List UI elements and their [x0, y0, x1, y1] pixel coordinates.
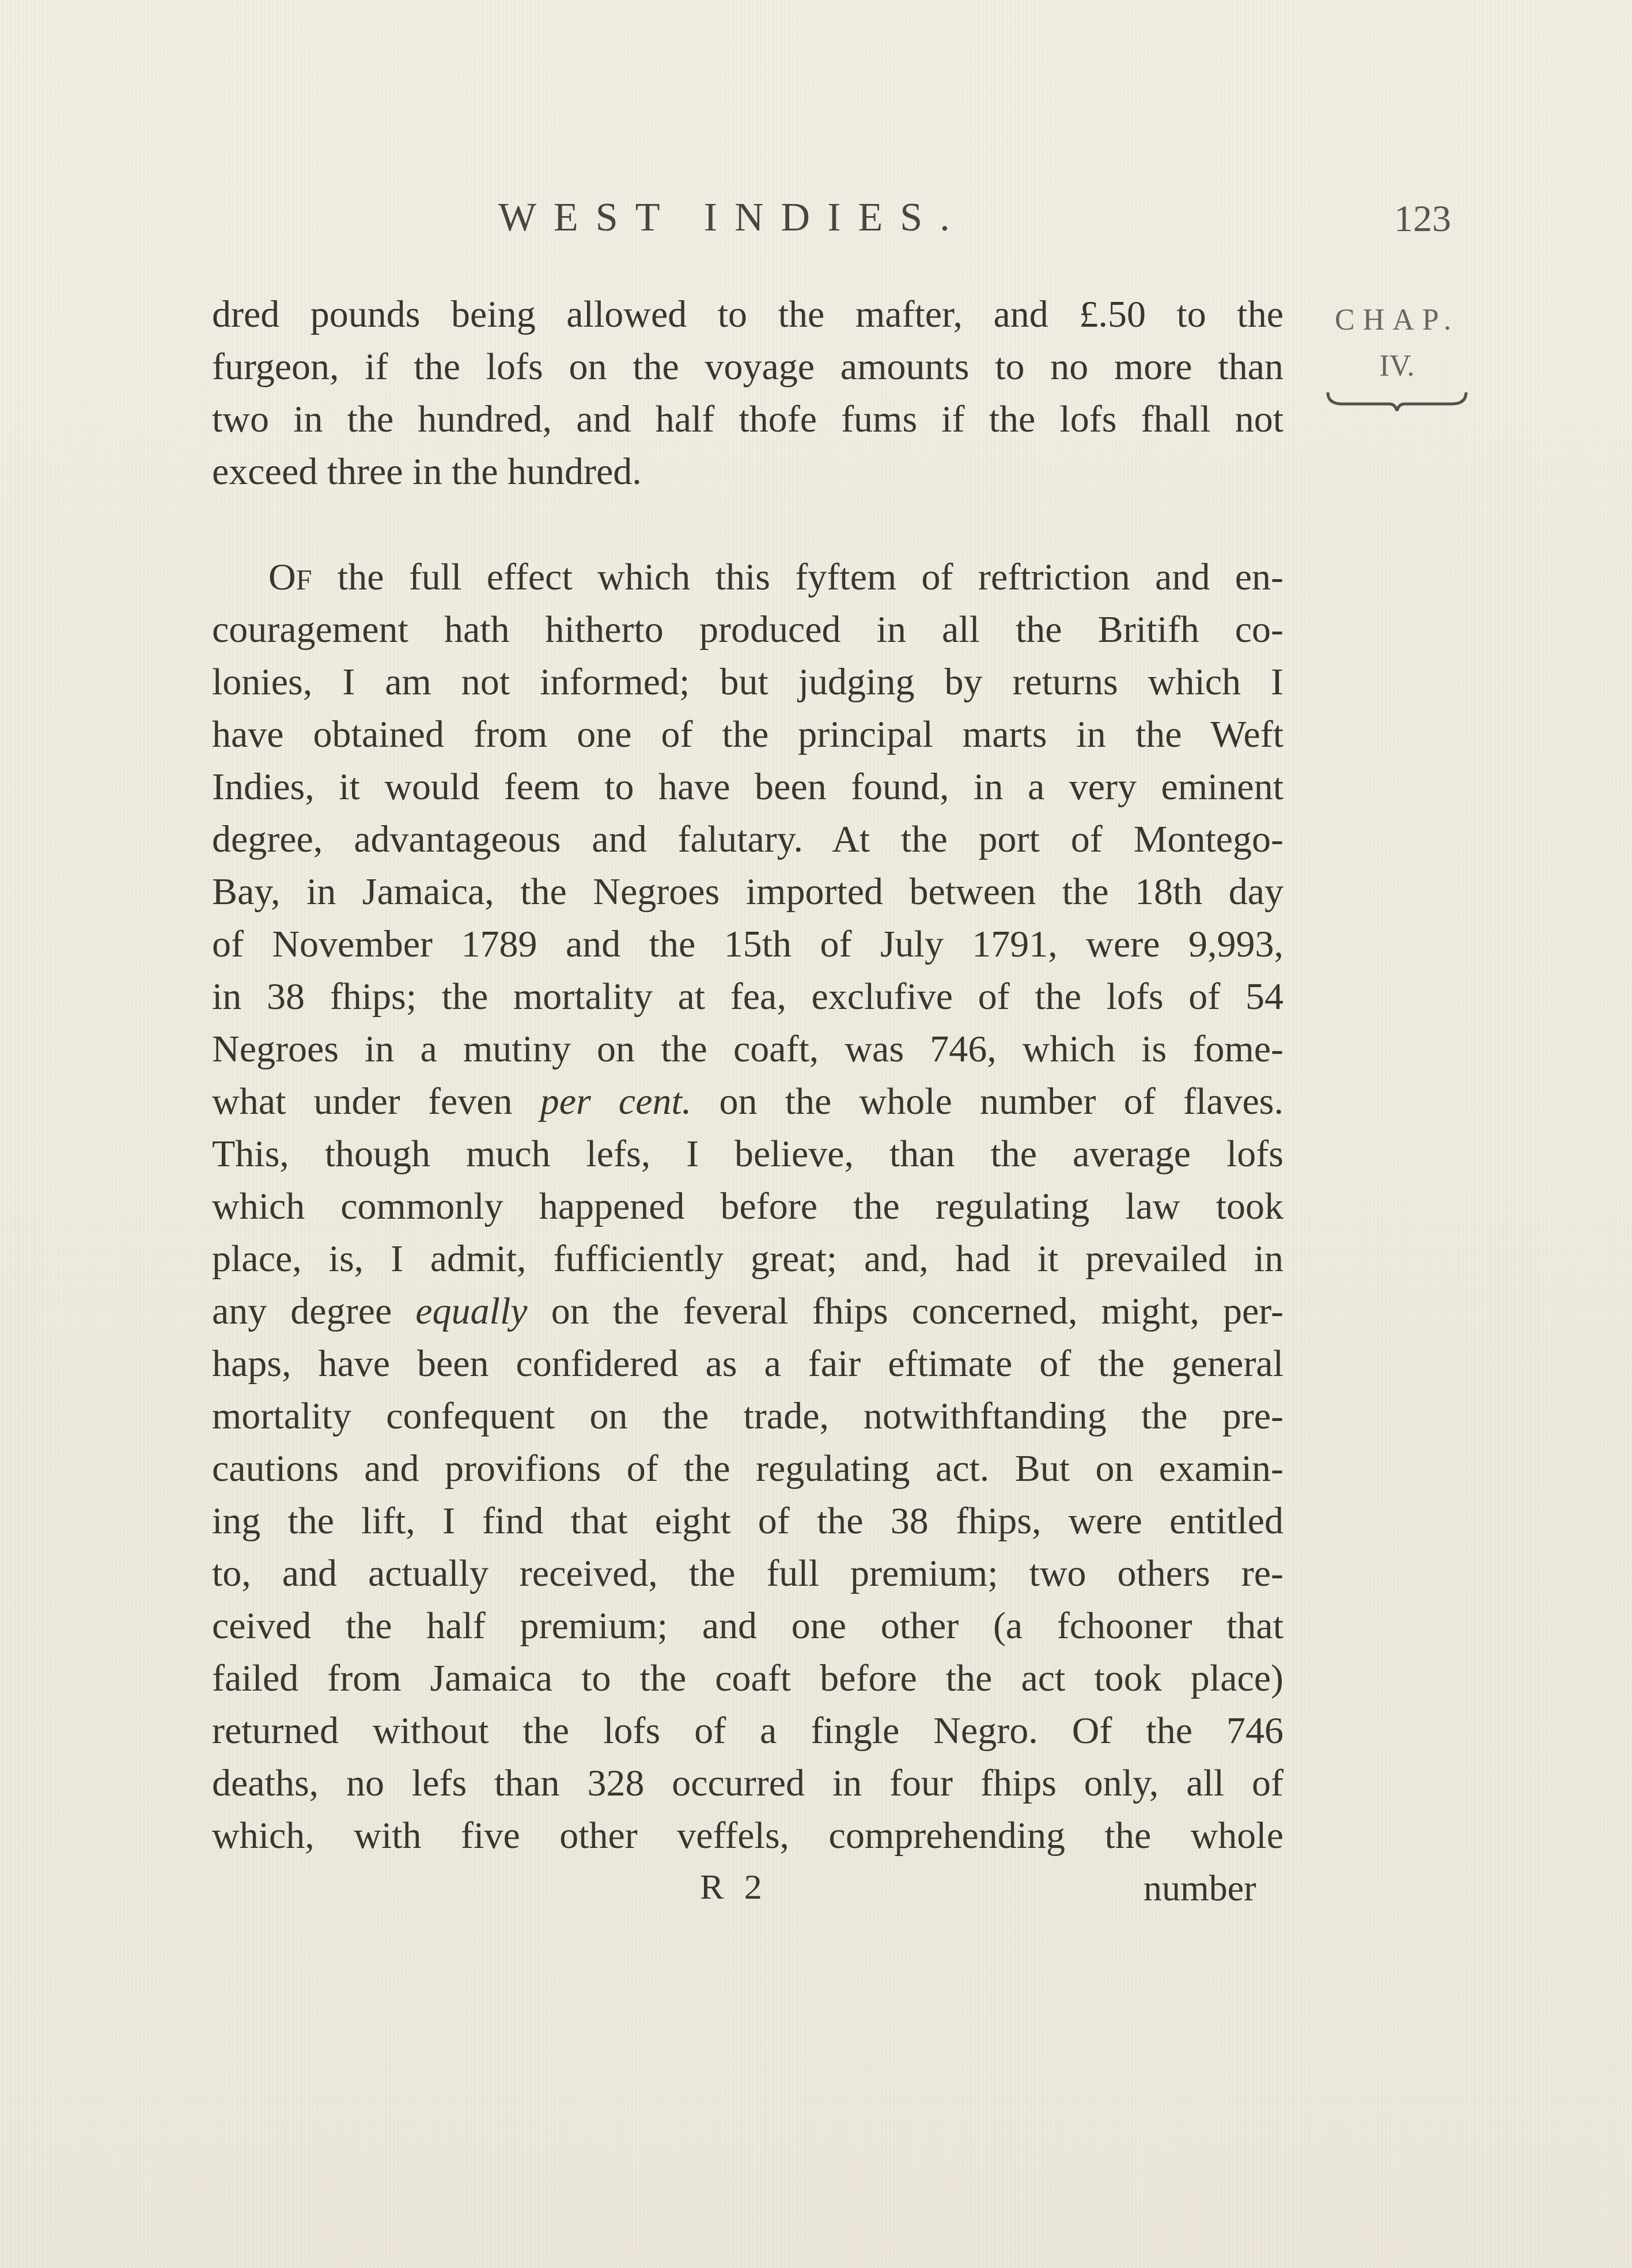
catchword: number [1143, 1867, 1256, 1910]
text-line: OF the full effect which this fyftem of … [212, 551, 1283, 603]
signature-mark: R 2 [700, 1867, 768, 1908]
text-line: mortality confequent on the trade, notwi… [212, 1390, 1283, 1442]
text-line: which commonly happened before the regul… [212, 1180, 1283, 1233]
paragraph-gap [212, 498, 1283, 551]
chapter-number: IV. [1322, 346, 1472, 387]
text-line: failed from Jamaica to the coaft before … [212, 1652, 1283, 1704]
body-text: dred pounds being allowed to the mafter,… [212, 288, 1283, 1862]
text-line: ing the lift, I find that eight of the 3… [212, 1495, 1283, 1547]
text-line: any degree equally on the feveral fhips … [212, 1285, 1283, 1337]
text-line: Bay, in Jamaica, the Negroes imported be… [212, 865, 1283, 918]
text-line: furgeon, if the lofs on the voyage amoun… [212, 341, 1283, 393]
text-line: dred pounds being allowed to the mafter,… [212, 288, 1283, 341]
drop-initial: O [268, 556, 296, 598]
small-caps-letter: F [296, 564, 313, 596]
chapter-label: CHAP. [1322, 294, 1472, 346]
text-line: of November 1789 and the 15th of July 17… [212, 918, 1283, 970]
text-line: haps, have been confidered as a fair eft… [212, 1337, 1283, 1390]
text-line: returned without the lofs of a fingle Ne… [212, 1704, 1283, 1757]
running-head: WEST INDIES. 123 [0, 195, 1632, 241]
text-line: what under feven per cent. on the whole … [212, 1075, 1283, 1128]
book-page: WEST INDIES. 123 CHAP. IV. dred pounds b… [0, 0, 1632, 2268]
text-line: have obtained from one of the principal … [212, 708, 1283, 761]
text-line: which, with five other veffels, comprehe… [212, 1809, 1283, 1862]
text-line: to, and actually received, the full prem… [212, 1547, 1283, 1600]
text-line: This, though much lefs, I believe, than … [212, 1128, 1283, 1180]
text-line: lonies, I am not informed; but judging b… [212, 656, 1283, 708]
line-text: the full effect which this fyftem of ref… [312, 556, 1283, 598]
text-line: cautions and provifions of the regulatin… [212, 1442, 1283, 1495]
curly-brace-icon [1325, 390, 1469, 413]
page-number: 123 [1394, 197, 1451, 241]
line-text: what under feven [212, 1080, 540, 1122]
paragraph: OF the full effect which this fyftem of … [212, 551, 1283, 1862]
text-line: in 38 fhips; the mortality at fea, exclu… [212, 970, 1283, 1023]
text-line: place, is, I admit, fufficiently great; … [212, 1233, 1283, 1285]
text-line: exceed three in the hundred. [212, 445, 1283, 498]
paragraph: dred pounds being allowed to the mafter,… [212, 288, 1283, 498]
italic-phrase: per cent. [540, 1080, 692, 1122]
line-text: on the whole number of flaves. [691, 1080, 1283, 1122]
text-line: Indies, it would feem to have been found… [212, 761, 1283, 813]
line-text: any degree [212, 1290, 415, 1332]
text-line: deaths, no lefs than 328 occurred in fou… [212, 1757, 1283, 1809]
text-line: ceived the half premium; and one other (… [212, 1600, 1283, 1652]
page-footer: R 2 number [0, 1867, 1632, 1919]
text-line: couragement hath hitherto produced in al… [212, 603, 1283, 656]
margin-chapter-note: CHAP. IV. [1322, 294, 1472, 413]
text-line: two in the hundred, and half thofe fums … [212, 393, 1283, 445]
line-text: on the feveral fhips concerned, might, p… [528, 1290, 1283, 1332]
running-title: WEST INDIES. [498, 195, 967, 241]
text-line: degree, advantageous and falutary. At th… [212, 813, 1283, 865]
text-line: Negroes in a mutiny on the coaft, was 74… [212, 1023, 1283, 1075]
italic-phrase: equally [415, 1290, 527, 1332]
